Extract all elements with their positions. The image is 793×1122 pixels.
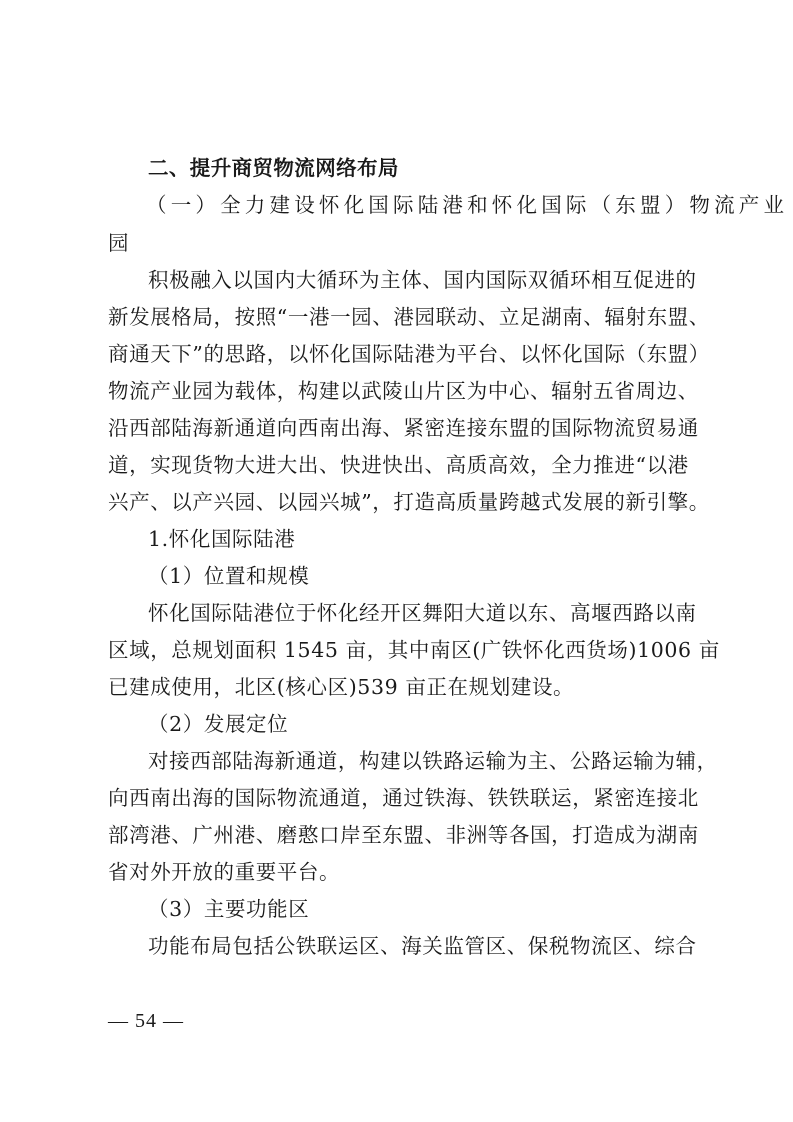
section-heading: 二、提升商贸物流网络布局 (148, 155, 728, 181)
subsection-heading-continued: 园 (108, 230, 688, 256)
sub-item-heading: （3）主要功能区 (148, 896, 728, 922)
paragraph-line: 兴产、以产兴园、以园兴城”，打造高质量跨越式发展的新引擎。 (108, 489, 688, 515)
paragraph-line: 省对外开放的重要平台。 (108, 859, 688, 885)
document-page: 二、提升商贸物流网络布局 （一）全力建设怀化国际陆港和怀化国际（东盟）物流产业 … (0, 0, 793, 1122)
paragraph-line: 区域，总规划面积 1545 亩，其中南区(广铁怀化西货场)1006 亩 (108, 637, 688, 663)
sub-item-heading: （2）发展定位 (148, 711, 728, 737)
paragraph-line: 积极融入以国内大循环为主体、国内国际双循环相互促进的 (148, 267, 728, 293)
paragraph-line: 部湾港、广州港、磨憨口岸至东盟、非洲等各国，打造成为湖南 (108, 822, 688, 848)
paragraph-line: 向西南出海的国际物流通道，通过铁海、铁铁联运，紧密连接北 (108, 785, 688, 811)
paragraph-line: 商通天下”的思路，以怀化国际陆港为平台、以怀化国际（东盟） (108, 341, 688, 367)
paragraph-line: 新发展格局，按照“一港一园、港园联动、立足湖南、辐射东盟、 (108, 304, 688, 330)
paragraph-line: 道，实现货物大进大出、快进快出、高质高效，全力推进“以港 (108, 452, 688, 478)
page-number: — 54 — (108, 1010, 184, 1033)
paragraph-line: 已建成使用，北区(核心区)539 亩正在规划建设。 (108, 674, 688, 700)
paragraph-line: 沿西部陆海新通道向西南出海、紧密连接东盟的国际物流贸易通 (108, 415, 688, 441)
paragraph-line: 怀化国际陆港位于怀化经开区舞阳大道以东、高堰西路以南 (148, 600, 728, 626)
item-heading: 1.怀化国际陆港 (148, 526, 728, 552)
paragraph-line: 功能布局包括公铁联运区、海关监管区、保税物流区、综合 (148, 933, 728, 959)
sub-item-heading: （1）位置和规模 (148, 563, 728, 589)
paragraph-line: 对接西部陆海新通道，构建以铁路运输为主、公路运输为辅， (148, 748, 728, 774)
paragraph-line: 物流产业园为载体，构建以武陵山片区为中心、辐射五省周边、 (108, 378, 688, 404)
subsection-heading: （一）全力建设怀化国际陆港和怀化国际（东盟）物流产业 (146, 192, 726, 218)
